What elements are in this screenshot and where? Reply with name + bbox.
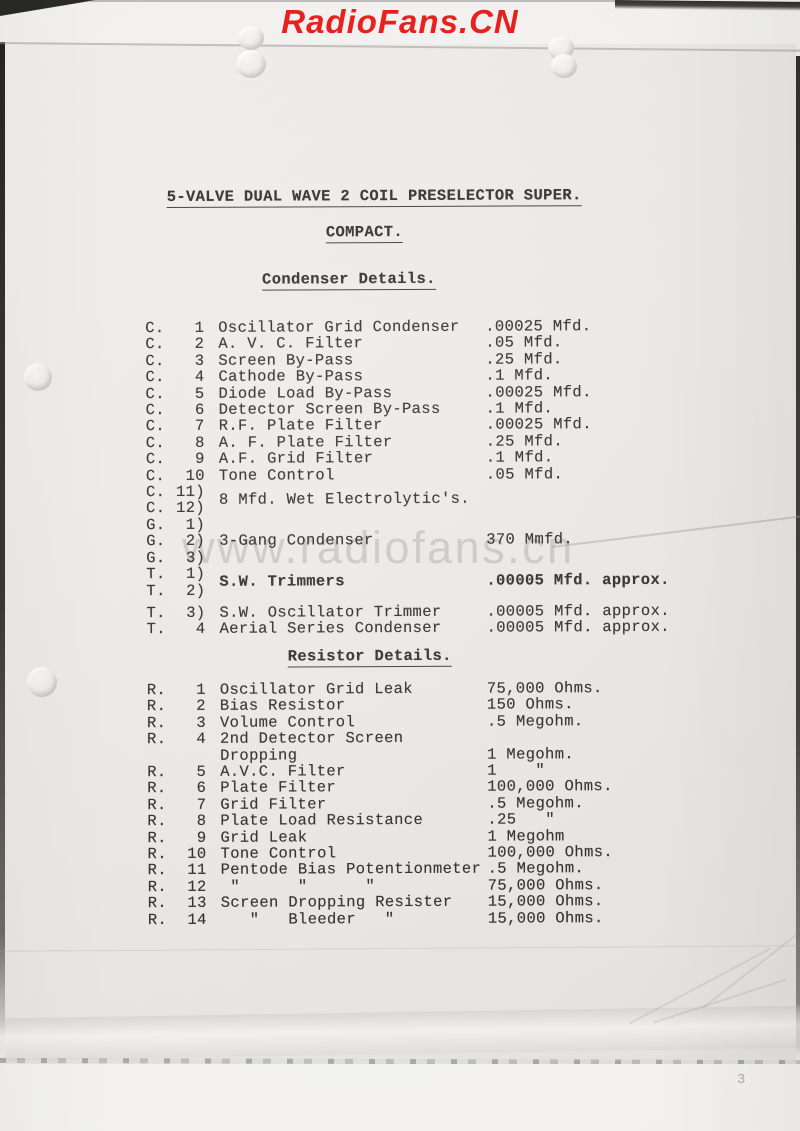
value-cell: 100,000 Ohms.	[487, 779, 613, 796]
ref-cell	[147, 748, 173, 765]
ref-cell: R.	[147, 698, 173, 715]
num-cell: 4	[173, 731, 206, 748]
ref-cell: C.	[146, 484, 172, 501]
document-title: 5-VALVE DUAL WAVE 2 COIL PRESELECTOR SUP…	[167, 186, 582, 208]
value-cell: 1 Megohm	[487, 828, 564, 845]
desc-cell: Screen Dropping Resister	[207, 894, 488, 912]
desc-cell: 2nd Detector Screen	[206, 730, 487, 748]
condenser-table: C.1Oscillator Grid Condenser.00025 Mfd.C…	[145, 317, 766, 637]
ref-cell: R.	[148, 846, 174, 863]
num-cell: 5	[173, 764, 206, 781]
desc-cell: A.V.C. Filter	[206, 763, 487, 781]
table-row: G.1)G.2)G.3)3-Gang Condenser370 Mmfd.	[146, 514, 766, 566]
ref-cell: R.	[147, 682, 173, 699]
value-cell: .5 Megohm.	[488, 861, 585, 878]
value-cell: .25 Mfd.	[485, 351, 562, 368]
document-subtitle: COMPACT.	[326, 223, 403, 243]
ref-cell: C.	[146, 418, 172, 435]
ref-cell: R.	[147, 764, 173, 781]
ref-cell: C.	[145, 320, 171, 337]
value-cell: 1 Megohm.	[487, 746, 574, 763]
desc-cell: Oscillator Grid Leak	[206, 681, 487, 699]
ref-cell: G.	[146, 517, 172, 534]
ref-cell: T.	[146, 605, 172, 622]
num-cell: 1)	[172, 566, 205, 583]
condenser-section-heading: Condenser Details.	[262, 270, 436, 291]
num-cell: 11)	[172, 484, 205, 501]
num-cell: 6	[172, 402, 205, 419]
desc-cell: 3-Gang Condenser	[205, 532, 486, 550]
ref-cell: C.	[145, 369, 171, 386]
desc-cell: Oscillator Grid Condenser	[204, 319, 485, 337]
num-cell: 6	[173, 780, 206, 797]
desc-cell: Aerial Series Condenser	[206, 620, 487, 638]
ref-cell: C.	[146, 402, 172, 419]
num-cell: 3)	[172, 550, 205, 567]
desc-cell: Cathode By-Pass	[204, 368, 485, 386]
num-cell: 10	[174, 846, 207, 863]
desc-cell: Pentode Bias Potentionmeter	[207, 861, 488, 879]
num-cell: 11	[174, 862, 207, 879]
value-cell: .05 Mfd.	[485, 335, 562, 352]
desc-cell: Detector Screen By-Pass	[205, 401, 486, 419]
num-cell: 12	[174, 879, 207, 896]
desc-cell: S.W. Oscillator Trimmer	[205, 604, 486, 622]
resistor-table: R.1Oscillator Grid Leak75,000 Ohms.R.2Bi…	[147, 679, 768, 928]
table-row: R.14 " Bleeder "15,000 Ohms.	[148, 909, 768, 928]
value-cell: 100,000 Ohms.	[488, 844, 614, 861]
desc-cell: R.F. Plate Filter	[205, 417, 486, 435]
desc-cell: A. F. Plate Filter	[205, 433, 486, 451]
num-cell: 13	[174, 895, 207, 912]
value-cell: .5 Megohm.	[487, 795, 584, 812]
typewritten-document: 5-VALVE DUAL WAVE 2 COIL PRESELECTOR SUP…	[0, 0, 800, 1131]
resistor-section-heading: Resistor Details.	[288, 647, 452, 668]
desc-cell: " Bleeder "	[207, 910, 488, 928]
desc-cell: Diode Load By-Pass	[204, 384, 485, 402]
value-cell: 150 Ohms.	[487, 697, 574, 714]
num-cell: 9	[172, 451, 205, 468]
desc-cell: Tone Control	[205, 466, 486, 484]
num-cell: 2	[171, 336, 204, 353]
num-cell: 12)	[172, 500, 205, 517]
desc-cell: Plate Load Resistance	[206, 812, 487, 830]
num-cell: 8	[173, 813, 206, 830]
group-refs: G.1)G.2)G.3)	[146, 517, 205, 566]
value-cell: .25 "	[487, 812, 555, 829]
num-cell: 1	[171, 320, 204, 337]
ref-cell: T.	[146, 582, 172, 599]
value-cell: 75,000 Ohms.	[488, 877, 604, 894]
ref-cell: R.	[148, 879, 174, 896]
value-cell: .1 Mfd.	[486, 450, 554, 467]
num-cell: 7	[173, 797, 206, 814]
scanned-page: RadioFans.CN www.radiofans.cn 3 5-VALVE …	[0, 0, 800, 1131]
desc-cell: Plate Filter	[206, 779, 487, 797]
num-cell: 2)	[172, 533, 205, 550]
value-cell: 370 Mmfd.	[486, 532, 573, 549]
ref-cell: R.	[148, 912, 174, 929]
ref-cell: R.	[148, 862, 174, 879]
ref-cell: C.	[146, 451, 172, 468]
value-cell: .00005 Mfd. approx.	[487, 619, 670, 636]
ref-cell: R.	[147, 780, 173, 797]
num-cell: 5	[171, 385, 204, 402]
desc-cell: 8 Mfd. Wet Electrolytic's.	[205, 491, 486, 509]
table-row: T.4Aerial Series Condenser.00005 Mfd. ap…	[147, 619, 767, 638]
ref-cell: R.	[147, 797, 173, 814]
ref-cell: R.	[147, 813, 173, 830]
num-cell: 1)	[172, 517, 205, 534]
ref-cell: G.	[146, 550, 172, 567]
value-cell: 1 "	[487, 762, 545, 779]
value-cell: 15,000 Ohms.	[488, 893, 604, 910]
value-cell: 15,000 Ohms.	[488, 910, 604, 927]
desc-cell: S.W. Trimmers	[205, 573, 486, 591]
num-cell: 7	[172, 418, 205, 435]
num-cell: 3	[171, 353, 204, 370]
table-row: C.11)C.12)8 Mfd. Wet Electrolytic's.	[146, 481, 766, 517]
ref-cell: C.	[146, 500, 172, 517]
num-cell: 4	[171, 369, 204, 386]
ref-cell: G.	[146, 533, 172, 550]
ref-cell: R.	[148, 895, 174, 912]
table-row: R.42nd Detector ScreenDropping1 Megohm.	[147, 729, 767, 765]
num-cell: 2)	[172, 582, 205, 599]
ref-cell: C.	[145, 353, 171, 370]
num-cell: 3	[173, 715, 206, 732]
value-cell: .05 Mfd.	[486, 466, 563, 483]
value-cell: 75,000 Ohms.	[487, 680, 603, 697]
desc-cell: Grid Filter	[206, 795, 487, 813]
value-cell: .00025 Mfd.	[485, 384, 591, 401]
table-row: T.1)T.2)S.W. Trimmers.00005 Mfd. approx.	[146, 563, 766, 599]
value-cell: .5 Megohm.	[487, 713, 584, 730]
num-cell: 10	[172, 468, 205, 485]
value-cell: .1 Mfd.	[486, 400, 554, 417]
desc-cell: Screen By-Pass	[204, 351, 485, 369]
group-refs: T.1)T.2)	[146, 566, 205, 599]
desc-cell: Dropping	[206, 746, 487, 764]
ref-cell: R.	[147, 715, 173, 732]
desc-cell: Bias Resistor	[206, 697, 487, 715]
ref-cell: T.	[147, 621, 173, 638]
value-cell: .00025 Mfd.	[486, 417, 592, 434]
ref-cell: C.	[146, 435, 172, 452]
desc-cell: A.F. Grid Filter	[205, 450, 486, 468]
group-refs: C.11)C.12)	[146, 484, 205, 517]
value-cell: .00005 Mfd. approx.	[486, 572, 669, 589]
ref-cell: R.	[147, 830, 173, 847]
num-cell: 2	[173, 698, 206, 715]
ref-cell: T.	[146, 566, 172, 583]
ref-cell: C.	[146, 468, 172, 485]
num-cell: 1	[173, 682, 206, 699]
value-cell: .1 Mfd.	[485, 368, 553, 385]
num-cell: 14	[174, 912, 207, 929]
desc-cell: A. V. C. Filter	[204, 335, 485, 353]
num-cell	[173, 747, 206, 764]
ref-cell: C.	[145, 386, 171, 403]
num-cell: 4	[173, 621, 206, 638]
desc-cell: Volume Control	[206, 713, 487, 731]
value-cell: .25 Mfd.	[486, 433, 563, 450]
value-cell: .00025 Mfd.	[485, 318, 591, 335]
num-cell: 8	[172, 435, 205, 452]
num-cell: 3)	[172, 605, 205, 622]
desc-cell: Grid Leak	[206, 828, 487, 846]
num-cell: 9	[173, 830, 206, 847]
ref-cell: C.	[145, 336, 171, 353]
ref-cell: R.	[147, 731, 173, 748]
